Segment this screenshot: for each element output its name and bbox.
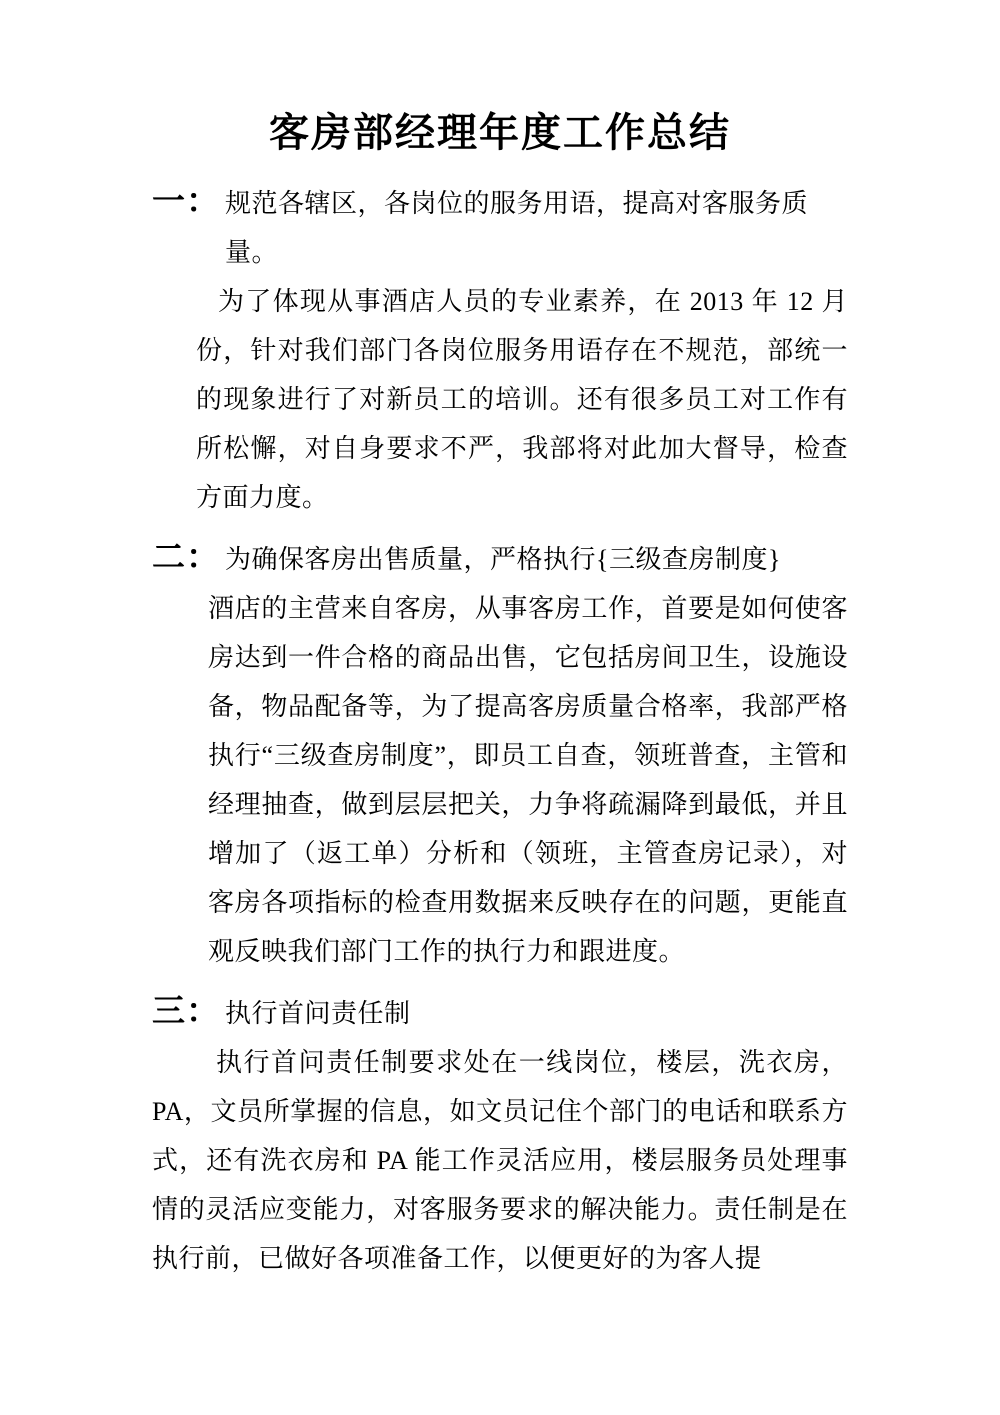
section-one: 一： 规范各辖区，各岗位的服务用语，提高对客服务质量。 为了体现从事酒店人员的专… xyxy=(152,178,848,522)
section-two-paragraph: 酒店的主营来自客房，从事客房工作，首要是如何使客房达到一件合格的商品出售，它包括… xyxy=(208,584,848,976)
section-three: 三： 执行首问责任制 执行首问责任制要求处在一线岗位，楼层，洗衣房，PA，文员所… xyxy=(152,988,848,1283)
section-three-marker: 三： xyxy=(152,988,225,1037)
section-two-marker: 二： xyxy=(152,534,225,583)
section-three-heading: 三： 执行首问责任制 xyxy=(152,988,848,1038)
section-three-paragraph: 执行首问责任制要求处在一线岗位，楼层，洗衣房，PA，文员所掌握的信息，如文员记住… xyxy=(152,1038,848,1283)
section-three-heading-text: 执行首问责任制 xyxy=(225,989,411,1038)
document-page: 客房部经理年度工作总结 一： 规范各辖区，各岗位的服务用语，提高对客服务质量。 … xyxy=(0,0,1000,1415)
section-one-heading: 一： 规范各辖区，各岗位的服务用语，提高对客服务质量。 xyxy=(152,178,848,277)
section-one-marker: 一： xyxy=(152,178,225,227)
section-two: 二： 为确保客房出售质量，严格执行{三级查房制度} 酒店的主营来自客房，从事客房… xyxy=(152,534,848,976)
document-title: 客房部经理年度工作总结 xyxy=(152,104,848,162)
section-one-paragraph: 为了体现从事酒店人员的专业素养，在 2013 年 12 月份，针对我们部门各岗位… xyxy=(196,277,848,522)
section-one-heading-text: 规范各辖区，各岗位的服务用语，提高对客服务质量。 xyxy=(225,179,848,277)
section-two-heading: 二： 为确保客房出售质量，严格执行{三级查房制度} xyxy=(152,534,848,584)
section-two-heading-text: 为确保客房出售质量，严格执行{三级查房制度} xyxy=(225,535,781,584)
